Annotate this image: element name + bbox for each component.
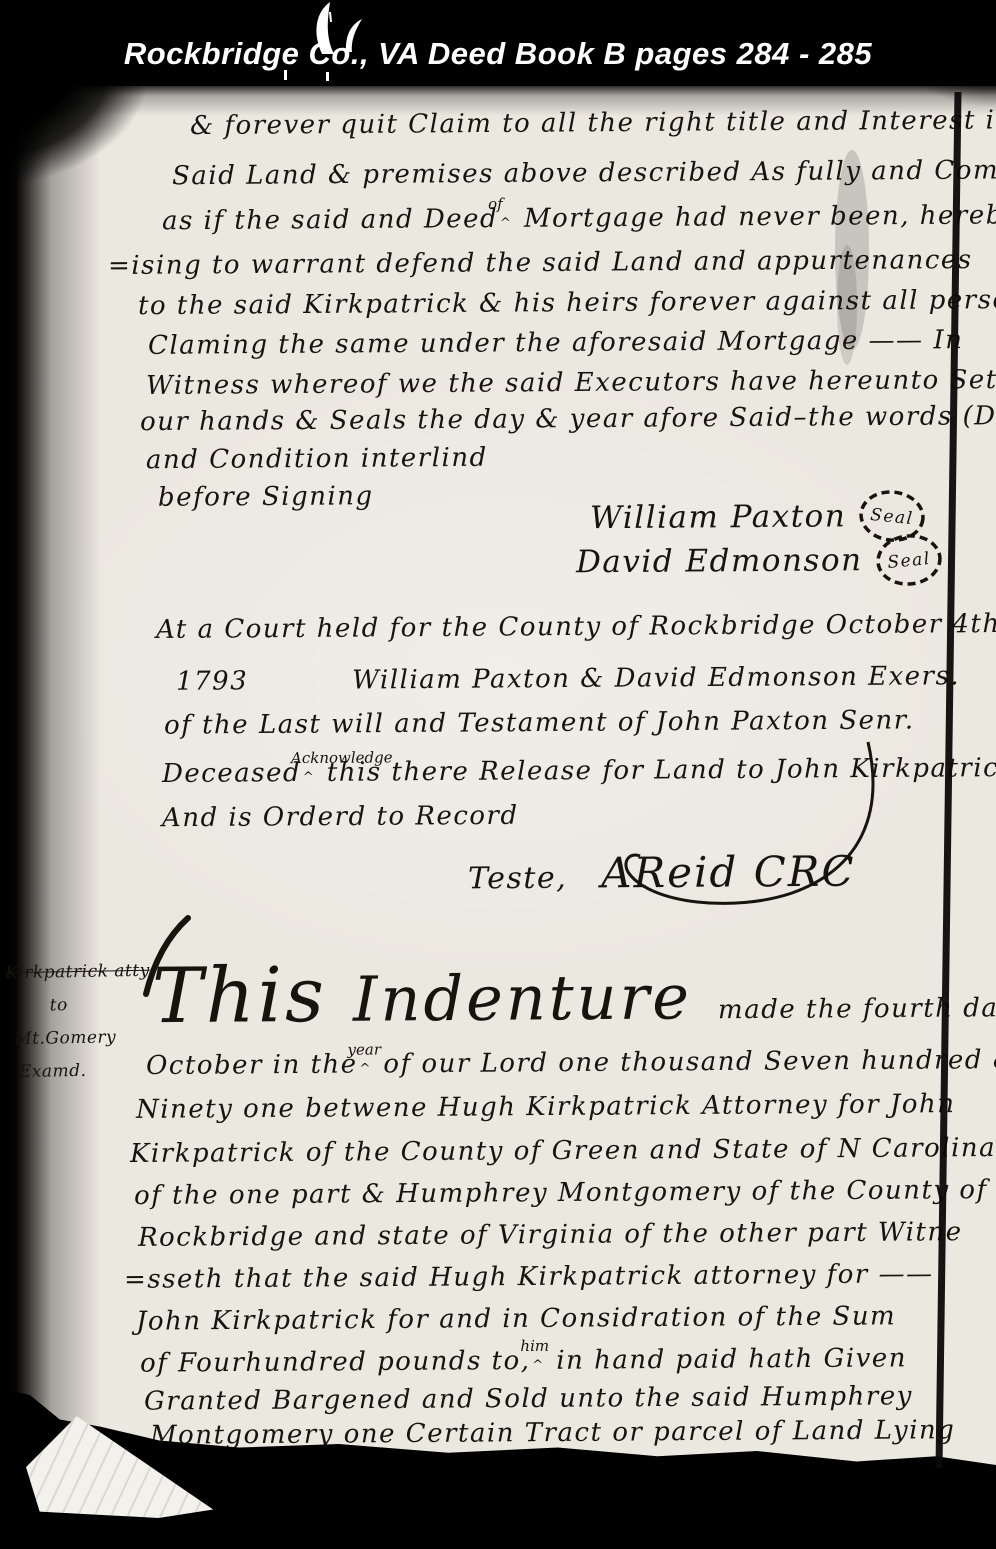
line-segment: as if the said and Deed bbox=[162, 204, 498, 236]
interlined-insertion: Acknowledge^ bbox=[301, 758, 317, 788]
interlined-insertion: year^ bbox=[358, 1049, 374, 1079]
court-line: And is Orderd to Record bbox=[162, 801, 519, 833]
caption-text: Rockbridge Co., VA Deed Book B pages 284… bbox=[0, 36, 996, 72]
seal-label: Seal bbox=[886, 549, 931, 573]
release-line: Witness whereof we the said Executors ha… bbox=[146, 365, 996, 401]
release-line: and Condition interlind bbox=[146, 443, 488, 475]
line-segment: October in the bbox=[146, 1050, 358, 1081]
indenture-line: Rockbridge and state of Virginia of the … bbox=[138, 1217, 963, 1253]
caret-mark: ^ bbox=[500, 216, 513, 231]
margin-note: Kirkpatrick atty to Mt.Gomery Examd. bbox=[5, 955, 152, 1090]
caret-mark: ^ bbox=[303, 770, 316, 785]
release-line: as if the said and Deedof^ Mortgage had … bbox=[162, 200, 996, 237]
year-text: 1793 bbox=[176, 666, 248, 697]
spacer bbox=[248, 689, 352, 690]
margin-note-line: to bbox=[49, 988, 150, 1023]
margin-note-line: Examd. bbox=[19, 1054, 152, 1089]
seal-icon: Seal bbox=[870, 528, 947, 593]
scanned-deed-page: Rockbridge Co., VA Deed Book B pages 284… bbox=[0, 0, 996, 1549]
margin-note-line: Kirkpatrick atty bbox=[5, 955, 150, 991]
indenture-line: Kirkpatrick of the County of Green and S… bbox=[130, 1133, 996, 1169]
teste-label: Teste, bbox=[468, 861, 567, 897]
release-line: our hands & Seals the day & year afore S… bbox=[140, 401, 996, 437]
court-line: of the Last will and Testament of John P… bbox=[164, 705, 915, 740]
line-segment: of Fourhundred pounds to, bbox=[140, 1346, 531, 1379]
indenture-line: of Fourhundred pounds to,him^ in hand pa… bbox=[140, 1343, 907, 1378]
court-line: DeceasedAcknowledge^ this there Release … bbox=[162, 753, 996, 789]
line-segment: in hand paid hath Given bbox=[546, 1343, 907, 1376]
caption-bar: Rockbridge Co., VA Deed Book B pages 284… bbox=[0, 0, 996, 86]
interlined-word: Acknowledge bbox=[291, 748, 393, 767]
interlined-word: of bbox=[488, 195, 503, 213]
teste-line: Teste, AReid CRC bbox=[468, 847, 856, 899]
release-line: Claming the same under the aforesaid Mor… bbox=[148, 325, 964, 361]
opening-word: This bbox=[152, 950, 328, 1040]
release-line: to the said Kirkpatrick & his heirs fore… bbox=[138, 285, 996, 321]
line-segment: Mortgage had never been, hereby prom bbox=[514, 200, 996, 234]
indenture-line: John Kirkpatrick for and in Considration… bbox=[136, 1301, 896, 1336]
signature-name: David Edmonson bbox=[576, 542, 863, 580]
indenture-line: Ninety one betwene Hugh Kirkpatrick Atto… bbox=[136, 1089, 956, 1125]
court-line: 1793William Paxton & David Edmonson Exer… bbox=[176, 661, 960, 696]
speck-mark bbox=[326, 72, 329, 81]
line-segment: William Paxton & David Edmonson Exers. bbox=[352, 661, 960, 695]
indenture-line: Granted Bargened and Sold unto the said … bbox=[144, 1381, 913, 1416]
margin-note-line: Mt.Gomery bbox=[14, 1021, 151, 1056]
indenture-opening: This Indenture made the fourth day of bbox=[152, 945, 996, 1040]
seal-label: Seal bbox=[870, 505, 915, 529]
indenture-line: Montgomery one Certain Tract or parcel o… bbox=[150, 1415, 956, 1451]
indenture-line: October in theyear^ of our Lord one thou… bbox=[146, 1045, 996, 1081]
release-line: before Signing bbox=[158, 481, 374, 513]
caret-mark: ^ bbox=[359, 1061, 372, 1076]
interlined-word: year bbox=[347, 1040, 381, 1058]
clerk-signature: AReid CRC bbox=[601, 847, 856, 898]
caret-mark: ^ bbox=[532, 1358, 545, 1373]
line-segment: Deceased bbox=[162, 758, 301, 789]
opening-rest: made the fourth day of bbox=[718, 993, 996, 1025]
release-line: Said Land & premises above described As … bbox=[172, 155, 996, 191]
opening-word: Indenture bbox=[353, 960, 692, 1035]
release-line: =ising to warrant defend the said Land a… bbox=[108, 245, 973, 281]
indenture-line: of the one part & Humphrey Montgomery of… bbox=[134, 1175, 988, 1211]
indenture-line: =sseth that the said Hugh Kirkpatrick at… bbox=[124, 1259, 934, 1295]
signature-row: David Edmonson Seal bbox=[576, 531, 945, 592]
signature-name: William Paxton bbox=[590, 498, 846, 536]
interlined-word: him bbox=[520, 1337, 549, 1355]
line-segment: this there Release for Land to John Kirk… bbox=[317, 753, 996, 788]
release-line: & forever quit Claim to all the right ti… bbox=[190, 105, 996, 141]
interlined-insertion: of^ bbox=[498, 204, 514, 234]
interlined-insertion: him^ bbox=[530, 1346, 546, 1376]
speck-mark bbox=[284, 70, 287, 80]
court-line: At a Court held for the County of Rockbr… bbox=[156, 609, 996, 645]
line-segment: of our Lord one thousand Seven hundred & bbox=[374, 1045, 996, 1079]
